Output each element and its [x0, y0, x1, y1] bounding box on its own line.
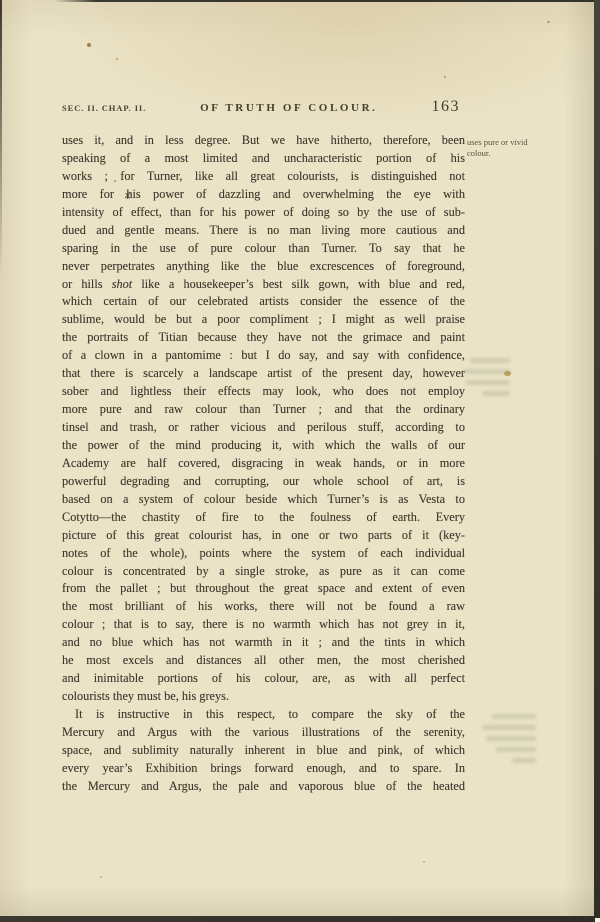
text-line: tinsel and trash, or rather vicious and …: [62, 419, 465, 437]
show-through-line: [462, 369, 510, 374]
text-line: sublime, would be but a poor compliment …: [62, 311, 465, 329]
text-block: uses it, and in less degree. But we have…: [62, 132, 465, 796]
text-line: dued and gentle means. There is no man l…: [62, 222, 465, 240]
text-line: based on a system of colour beside which…: [62, 491, 465, 509]
show-through-line: [512, 758, 536, 763]
foxing-speck: [87, 43, 91, 47]
text-line: powerful degrading and corrupting, our w…: [62, 473, 465, 491]
text-line: sober and lightless their effects may lo…: [62, 383, 465, 401]
ink-cross-icon: [124, 192, 132, 200]
scan-corner-notch: [595, 918, 600, 922]
foxing-speck: [444, 76, 446, 78]
show-through-line: [482, 391, 510, 396]
text-line: intensity of effect, than for his power …: [62, 204, 465, 222]
show-through-line: [482, 725, 536, 730]
text-line: which certain of our celebrated artists …: [62, 293, 465, 311]
section-heading: SEC. II. CHAP. II.: [62, 103, 146, 113]
text-line: space, and sublimity naturally inherent …: [62, 742, 465, 760]
text-line: and inimitable portions of his colour, a…: [62, 670, 465, 688]
foxing-speck: [547, 21, 550, 23]
page-number: 163: [432, 98, 466, 116]
text-line: works ; for Turner, like all great colou…: [62, 168, 465, 186]
text-line: colourists they must be, his greys.: [62, 688, 465, 706]
show-through-line: [466, 380, 510, 385]
text-line: or hills shot like a housekeeper’s best …: [62, 276, 465, 294]
foxing-speck: [114, 180, 116, 182]
scan-edge-right: [594, 0, 600, 922]
text-line: Cotytto—the chastity of fire to the foul…: [62, 509, 465, 527]
text-line: never perpetrates anything like the blue…: [62, 258, 465, 276]
scan-edge-bottom: [0, 916, 600, 922]
text-line: the portraits of Titian because they hav…: [62, 329, 465, 347]
scan-edge-top: [0, 0, 600, 2]
text-line: picture of this great colourist has, in …: [62, 527, 465, 545]
scan-edge-left: [0, 0, 2, 277]
scanned-page: SEC. II. CHAP. II. OF TRUTH OF COLOUR. 1…: [0, 0, 600, 922]
text-line: sparing in the use of pure colour than T…: [62, 240, 465, 258]
show-through-text: [478, 714, 536, 769]
text-line: of a clown in a pantomime : but I do say…: [62, 347, 465, 365]
show-through-line: [492, 714, 536, 719]
foxing-speck: [116, 58, 118, 60]
foxing-speck: [423, 861, 425, 863]
text-line: he most excels and distances all other m…: [62, 652, 465, 670]
text-line: that there is scarcely a landscape artis…: [62, 365, 465, 383]
text-line: colour ; that is to say, there is no war…: [62, 616, 465, 634]
text-line: Academy are half covered, disgracing in …: [62, 455, 465, 473]
running-title: OF TRUTH OF COLOUR.: [146, 102, 431, 114]
margin-note: uses pure or vivid colour.: [467, 137, 533, 158]
text-line: more for his power of dazzling and overw…: [62, 186, 465, 204]
text-line: colour is concentrated by a single strok…: [62, 563, 465, 581]
show-through-line: [496, 747, 536, 752]
text-line: speaking of a most limited and uncharact…: [62, 150, 465, 168]
text-line: from the pallet ; but throughout the gre…: [62, 580, 465, 598]
text-line: the Mercury and Argus, the pale and vapo…: [62, 778, 465, 796]
text-line: the most brilliant of his works, there w…: [62, 598, 465, 616]
text-line: notes of the whole), points where the sy…: [62, 545, 465, 563]
text-line: uses it, and in less degree. But we have…: [62, 132, 465, 150]
show-through-text: [462, 358, 510, 402]
text-line: It is instructive in this respect, to co…: [62, 706, 465, 724]
page-header: SEC. II. CHAP. II. OF TRUTH OF COLOUR. 1…: [62, 98, 465, 116]
foxing-speck: [100, 876, 102, 878]
show-through-line: [486, 736, 536, 741]
text-line: and no blue which has not warmth in it ;…: [62, 634, 465, 652]
foxing-speck: [63, 336, 65, 338]
text-line: more pure and raw colour than Turner ; a…: [62, 401, 465, 419]
text-line: every year’s Exhibition brings forward e…: [62, 760, 465, 778]
text-line: Mercury and Argus with the various illus…: [62, 724, 465, 742]
handwritten-ink-mark: [124, 187, 132, 205]
show-through-line: [470, 358, 510, 363]
text-line: the power of the mind producing it, with…: [62, 437, 465, 455]
